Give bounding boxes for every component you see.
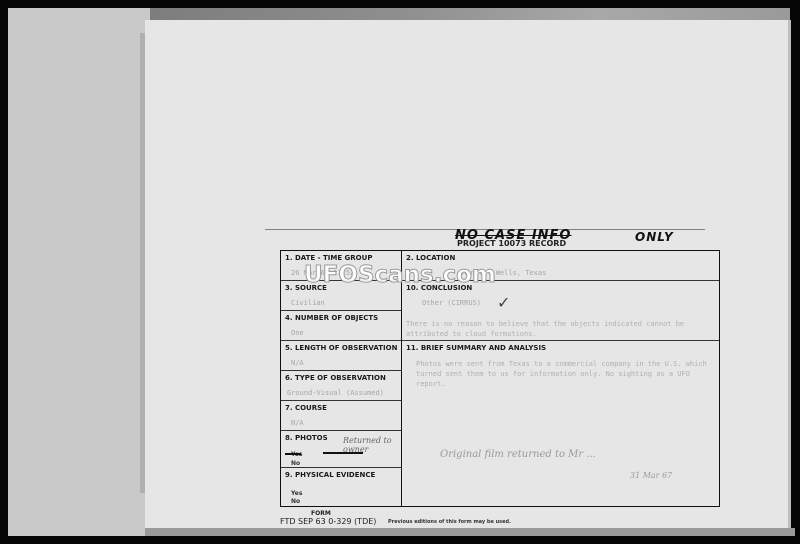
field-value: Civilian xyxy=(291,299,325,307)
conclusion-text: There is no reason to believe that the o… xyxy=(406,319,713,339)
field-length-of-observation: 5. LENGTH OF OBSERVATION N/A xyxy=(281,341,401,371)
field-conclusion: 10. CONCLUSION Other (CIRRUS) ✓ There is… xyxy=(402,281,719,341)
form-left-column: 1. DATE - TIME GROUP 26 Mar 67 2115Z 3. … xyxy=(281,251,402,506)
field-value: N/A xyxy=(291,419,304,427)
field-type-of-observation: 6. TYPE OF OBSERVATION Ground-Visual (As… xyxy=(281,371,401,401)
footer-form-label: FORM xyxy=(311,510,331,517)
scanner-bed xyxy=(8,8,150,536)
field-label: 1. DATE - TIME GROUP xyxy=(285,254,372,262)
field-number-of-objects: 4. NUMBER OF OBJECTS One xyxy=(281,311,401,341)
handwritten-note: Returned to owner xyxy=(343,436,401,454)
footer-note: Previous editions of this form may be us… xyxy=(388,519,511,525)
checkmark-icon: ✓ xyxy=(497,293,510,312)
field-label: 11. BRIEF SUMMARY AND ANALYSIS xyxy=(406,344,546,352)
record-form: 1. DATE - TIME GROUP 26 Mar 67 2115Z 3. … xyxy=(280,250,720,507)
field-label: 9. PHYSICAL EVIDENCE xyxy=(285,471,375,479)
page-right-edge xyxy=(788,20,791,532)
handwritten-stamp-2: ONLY xyxy=(635,230,674,244)
field-label: 8. PHOTOS xyxy=(285,434,328,442)
form-right-column: 2. LOCATION Mineral Wells, Texas 10. CON… xyxy=(402,251,719,506)
evidence-yes-option: Yes xyxy=(291,490,302,497)
field-label: 4. NUMBER OF OBJECTS xyxy=(285,314,378,322)
handwritten-date: 31 Mar 67 xyxy=(630,471,672,480)
summary-text: Photos were sent from Texas to a commerc… xyxy=(416,359,713,389)
field-course: 7. COURSE N/A xyxy=(281,401,401,431)
page-bottom-shadow xyxy=(145,528,795,536)
form-title: PROJECT 10073 RECORD xyxy=(457,239,566,248)
field-photos: 8. PHOTOS Yes No Returned to owner xyxy=(281,431,401,468)
footer-form-id: FTD SEP 63 0-329 (TDE) xyxy=(280,517,376,526)
page-left-edge xyxy=(140,33,145,493)
field-value: Ground-Visual (Assumed) xyxy=(287,389,384,397)
field-value: N/A xyxy=(291,359,304,367)
field-physical-evidence: 9. PHYSICAL EVIDENCE Yes No xyxy=(281,468,401,506)
field-label: 7. COURSE xyxy=(285,404,327,412)
photos-no-option: No xyxy=(291,460,300,467)
field-label: 6. TYPE OF OBSERVATION xyxy=(285,374,386,382)
field-summary: 11. BRIEF SUMMARY AND ANALYSIS Photos we… xyxy=(402,341,719,506)
field-label: 5. LENGTH OF OBSERVATION xyxy=(285,344,397,352)
strikeout-mark xyxy=(285,453,301,455)
field-value: Other (CIRRUS) xyxy=(422,299,481,307)
field-value: One xyxy=(291,329,304,337)
watermark: UFOScans.com xyxy=(304,262,496,288)
field-label: 2. LOCATION xyxy=(406,254,455,262)
evidence-no-option: No xyxy=(291,498,300,505)
handwritten-note: Original film returned to Mr ... xyxy=(440,449,596,460)
